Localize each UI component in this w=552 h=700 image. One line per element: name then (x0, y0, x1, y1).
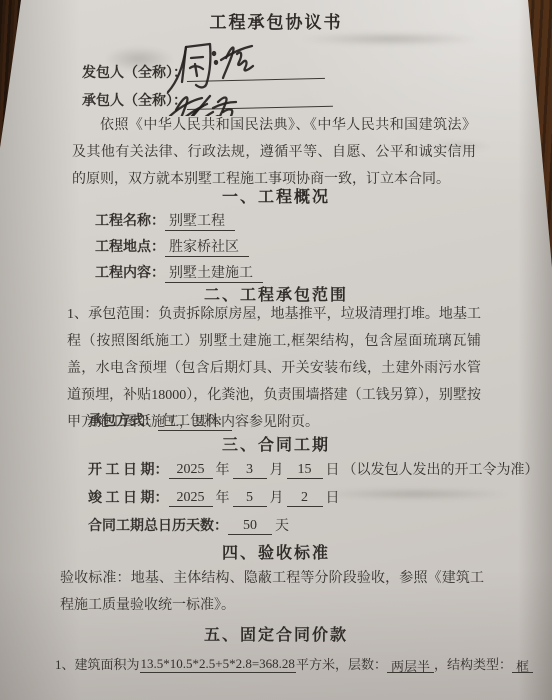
document-title: 工程承包协议书 (0, 8, 552, 33)
duration-label: 合同工期总日历天数： (88, 519, 228, 534)
section5-heading: 五、固定合同价款 (0, 622, 552, 645)
start-date-line: 开 工 日 期：2025年3月15日（以发包人发出的开工令为准） (88, 459, 539, 479)
area-formula-value: 13.5*10.5*2.5+5*2.8=368.28 (140, 656, 296, 673)
project-location-value: 胜家桥社区 (165, 240, 249, 257)
section1-heading: 一、工程概况 (0, 184, 552, 207)
project-content-field: 工程内容：别墅土建施工 (95, 262, 263, 282)
bleed-through-smudge (300, 32, 480, 46)
start-year-blank: 2025 (169, 462, 213, 479)
month-unit: 月 (270, 463, 284, 478)
start-date-label: 开 工 日 期： (88, 463, 169, 478)
structure-type-value: 框 (512, 656, 533, 673)
project-name-field: 工程名称：别墅工程 (95, 210, 235, 230)
building-area-line: 1、建筑面积为13.5*10.5*2.5+5*2.8=368.28平方米，层数：… (55, 654, 533, 673)
contract-paper: 工程承包协议书 发包人（全称）： 承包人（全称）： 依照《中华人 (0, 0, 552, 700)
duration-unit: 天 (275, 519, 289, 534)
day-unit: 日 (326, 491, 340, 506)
acceptance-standard-paragraph: 验收标准：地基、主体结构、隐蔽工程等分阶段验收，参照《建筑工程施工质量验收统一标… (60, 565, 484, 619)
duration-blank: 50 (228, 518, 272, 535)
paper-shadow-right-edge (518, 0, 552, 700)
finish-date-label: 竣 工 日 期： (88, 491, 169, 506)
area-line-mid1: 平方米，层数： (296, 657, 387, 672)
photo-background-wood-table: 工程承包协议书 发包人（全称）： 承包人（全称）： 依照《中华人 (0, 0, 552, 700)
year-unit: 年 (216, 463, 230, 478)
duration-line: 合同工期总日历天数：50天 (88, 515, 292, 535)
year-unit: 年 (216, 491, 230, 506)
handwritten-signatures (158, 40, 288, 116)
area-line-prefix: 1、建筑面积为 (55, 657, 140, 672)
project-name-label: 工程名称： (95, 214, 165, 229)
start-month-blank: 3 (233, 462, 267, 479)
finish-day-blank: 2 (287, 490, 323, 507)
project-name-value: 别墅工程 (165, 214, 235, 231)
preamble-paragraph: 依照《中华人民共和国民法典》、《中华人民共和国建筑法》及其他有关法律、行政法规，… (72, 112, 476, 193)
project-location-field: 工程地点：胜家桥社区 (95, 236, 249, 256)
area-line-mid2: ，结构类型： (434, 657, 512, 672)
contract-method-field: 承包方式：包工包料: (88, 410, 232, 430)
contract-method-label: 承包方式： (88, 414, 158, 429)
bleed-through-smudge (320, 488, 510, 500)
contract-method-value: 包工包料: (158, 414, 232, 431)
start-date-note: （以发包人发出的开工令为准） (343, 463, 539, 478)
project-content-label: 工程内容： (95, 266, 165, 281)
finish-date-line: 竣 工 日 期：2025年5月2日 (88, 487, 343, 507)
month-unit: 月 (270, 491, 284, 506)
section4-heading: 四、验收标准 (0, 540, 552, 563)
project-content-value: 别墅土建施工 (165, 266, 263, 283)
day-unit: 日 (326, 463, 340, 478)
section3-heading: 三、合同工期 (0, 432, 552, 455)
finish-year-blank: 2025 (169, 490, 213, 507)
floors-value: 两层半 (387, 656, 434, 673)
project-location-label: 工程地点： (95, 240, 165, 255)
finish-month-blank: 5 (233, 490, 267, 507)
start-day-blank: 15 (287, 462, 323, 479)
